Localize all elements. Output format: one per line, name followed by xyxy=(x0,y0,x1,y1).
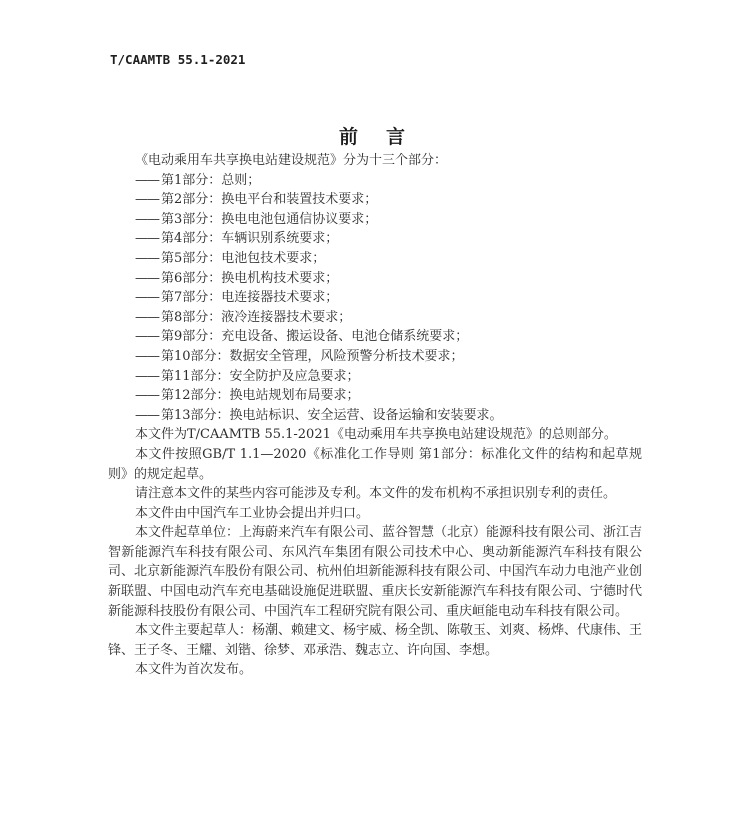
part-text: 第7部分：电连接器技术要求； xyxy=(161,290,338,305)
part-text: 第2部分：换电平台和装置技术要求； xyxy=(161,192,377,207)
dash-marker: —— xyxy=(135,386,161,406)
part-text: 第6部分：换电机构技术要求； xyxy=(161,271,338,286)
drafting-rules-paragraph: 本文件按照GB/T 1.1—2020《标准化工作导则 第1部分：标准化文件的结构… xyxy=(108,445,642,484)
dash-marker: —— xyxy=(135,327,161,347)
part-text: 第4部分：车辆识别系统要求； xyxy=(161,231,338,246)
list-item-part-3: ——第3部分：换电电池包通信协议要求； xyxy=(108,210,642,230)
part-text: 第5部分：电池包技术要求； xyxy=(161,251,325,266)
part-text: 第9部分：充电设备、搬运设备、电池仓储系统要求； xyxy=(161,329,468,344)
list-item-part-6: ——第6部分：换电机构技术要求； xyxy=(108,269,642,289)
intro-paragraph: 《电动乘用车共享换电站建设规范》分为十三个部分： xyxy=(108,151,642,171)
part-text: 第3部分：换电电池包通信协议要求； xyxy=(161,212,377,227)
dash-marker: —— xyxy=(135,367,161,387)
dash-marker: —— xyxy=(135,269,161,289)
dash-marker: —— xyxy=(135,249,161,269)
list-item-part-13: ——第13部分：换电站标识、安全运营、设备运输和安装要求。 xyxy=(108,406,642,426)
list-item-part-2: ——第2部分：换电平台和装置技术要求； xyxy=(108,190,642,210)
page-title: 前言 xyxy=(0,122,744,149)
list-item-part-12: ——第12部分：换电站规划布局要求； xyxy=(108,386,642,406)
list-item-part-11: ——第11部分：安全防护及应急要求； xyxy=(108,367,642,387)
list-item-part-9: ——第9部分：充电设备、搬运设备、电池仓储系统要求； xyxy=(108,327,642,347)
foreword-body: 《电动乘用车共享换电站建设规范》分为十三个部分： ——第1部分：总则； ——第2… xyxy=(108,151,642,680)
part-text: 第8部分：液冷连接器技术要求； xyxy=(161,310,351,325)
dash-marker: —— xyxy=(135,171,161,191)
list-item-part-5: ——第5部分：电池包技术要求； xyxy=(108,249,642,269)
document-id-header: T/CAAMTB 55.1-2021 xyxy=(110,52,245,67)
scope-paragraph: 本文件为T/CAAMTB 55.1-2021《电动乘用车共享换电站建设规范》的总… xyxy=(108,425,642,445)
part-text: 第13部分：换电站标识、安全运营、设备运输和安装要求。 xyxy=(161,408,503,423)
dash-marker: —— xyxy=(135,347,161,367)
part-text: 第1部分：总则； xyxy=(161,173,260,188)
parts-list: ——第1部分：总则； ——第2部分：换电平台和装置技术要求； ——第3部分：换电… xyxy=(108,171,642,426)
list-item-part-1: ——第1部分：总则； xyxy=(108,171,642,191)
list-item-part-10: ——第10部分：数据安全管理，风险预警分析技术要求； xyxy=(108,347,642,367)
patent-notice-paragraph: 请注意本文件的某些内容可能涉及专利。本文件的发布机构不承担识别专利的责任。 xyxy=(108,484,642,504)
list-item-part-4: ——第4部分：车辆识别系统要求； xyxy=(108,229,642,249)
part-text: 第11部分：安全防护及应急要求； xyxy=(161,369,360,384)
part-text: 第12部分：换电站规划布局要求； xyxy=(161,388,360,403)
dash-marker: —— xyxy=(135,210,161,230)
drafting-units-paragraph: 本文件起草单位：上海蔚来汽车有限公司、蓝谷智慧（北京）能源科技有限公司、浙江吉智… xyxy=(108,523,642,621)
dash-marker: —— xyxy=(135,308,161,328)
part-text: 第10部分：数据安全管理，风险预警分析技术要求； xyxy=(161,349,464,364)
document-page: T/CAAMTB 55.1-2021 前言 《电动乘用车共享换电站建设规范》分为… xyxy=(0,0,744,836)
dash-marker: —— xyxy=(135,190,161,210)
list-item-part-8: ——第8部分：液冷连接器技术要求； xyxy=(108,308,642,328)
list-item-part-7: ——第7部分：电连接器技术要求； xyxy=(108,288,642,308)
drafters-paragraph: 本文件主要起草人：杨潮、赖建文、杨宇威、杨全凯、陈敬玉、刘爽、杨烨、代康伟、王锋… xyxy=(108,621,642,660)
dash-marker: —— xyxy=(135,288,161,308)
proposer-paragraph: 本文件由中国汽车工业协会提出并归口。 xyxy=(108,504,642,524)
dash-marker: —— xyxy=(135,229,161,249)
dash-marker: —— xyxy=(135,406,161,426)
first-release-paragraph: 本文件为首次发布。 xyxy=(108,660,642,680)
